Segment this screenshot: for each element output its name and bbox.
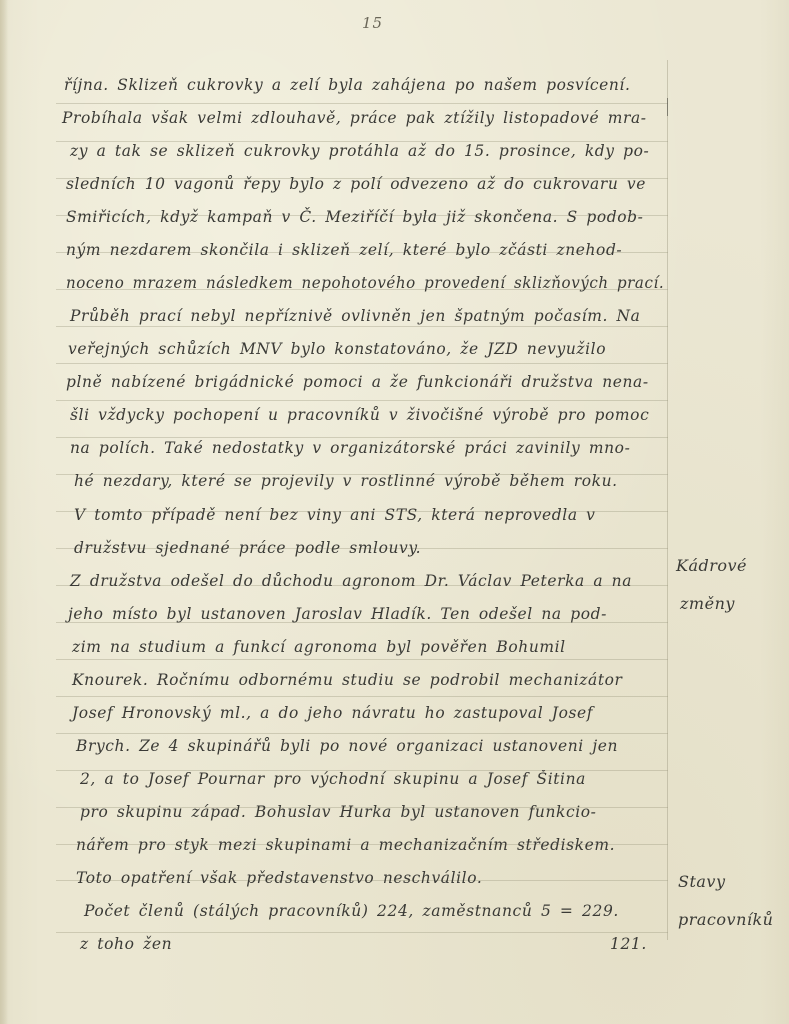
body-line: V tomto případě není bez viny ani STS, k… <box>74 506 672 524</box>
body-line: plně nabízené brigádnické pomoci a že fu… <box>66 373 664 391</box>
body-line: Toto opatření však představenstvo neschv… <box>76 869 674 887</box>
handwritten-body: října. Sklizeň cukrovky a zelí byla zahá… <box>0 0 789 1024</box>
body-line: na polích. Také nedostatky v organizátor… <box>70 439 668 457</box>
body-line: veřejných schůzích MNV bylo konstatováno… <box>68 340 666 358</box>
body-line: Brych. Ze 4 skupinářů byli po nové organ… <box>76 737 674 755</box>
body-line: družstvu sjednané práce podle smlouvy. <box>74 539 672 557</box>
body-line: Smiřicích, když kampaň v Č. Meziříčí byl… <box>66 208 664 226</box>
body-line: Průběh prací nebyl nepříznivě ovlivněn j… <box>70 307 668 325</box>
body-line: Josef Hronovský ml., a do jeho návratu h… <box>72 704 670 722</box>
body-line: zim na studium a funkcí agronoma byl pov… <box>72 638 670 656</box>
margin-note-status-subtitle: pracovníků <box>678 910 773 929</box>
body-line: hé nezdary, které se projevily v rostlin… <box>74 472 672 490</box>
body-line: 2, a to Josef Pournar pro východní skupi… <box>80 770 678 788</box>
body-line: noceno mrazem následkem nepohotového pro… <box>66 274 649 292</box>
body-line: října. Sklizeň cukrovky a zelí byla zahá… <box>64 76 662 94</box>
body-line: šli vždycky pochopení u pracovníků v živ… <box>70 406 668 424</box>
body-line: Knourek. Ročnímu odbornému studiu se pod… <box>72 671 670 689</box>
stats-women-count: 121. <box>610 935 670 953</box>
body-line: jeho místo byl ustanoven Jaroslav Hladík… <box>68 605 666 623</box>
body-line: sledních 10 vagonů řepy bylo z polí odve… <box>66 175 664 193</box>
chronicle-page: 15 října. Sklizeň cukrovky a zelí byla z… <box>0 0 789 1024</box>
body-line: pro skupinu západ. Bohuslav Hurka byl us… <box>80 803 678 821</box>
body-line: nářem pro styk mezi skupinami a mechaniz… <box>76 836 674 854</box>
body-line: ným nezdarem skončila i sklizeň zelí, kt… <box>66 241 664 259</box>
margin-note-status-title: Stavy <box>678 872 726 891</box>
stats-members-line: Počet členů (stálých pracovníků) 224, za… <box>84 902 684 920</box>
margin-note-personnel-subtitle: změny <box>680 594 735 613</box>
margin-note-personnel-title: Kádrové <box>676 556 747 575</box>
body-line: Probíhala však velmi zdlouhavě, práce pa… <box>62 109 660 127</box>
body-line: Z družstva odešel do důchodu agronom Dr.… <box>70 572 668 590</box>
stats-women-line: z toho žen <box>80 935 680 953</box>
body-line: zy a tak se sklizeň cukrovky protáhla až… <box>70 142 668 160</box>
